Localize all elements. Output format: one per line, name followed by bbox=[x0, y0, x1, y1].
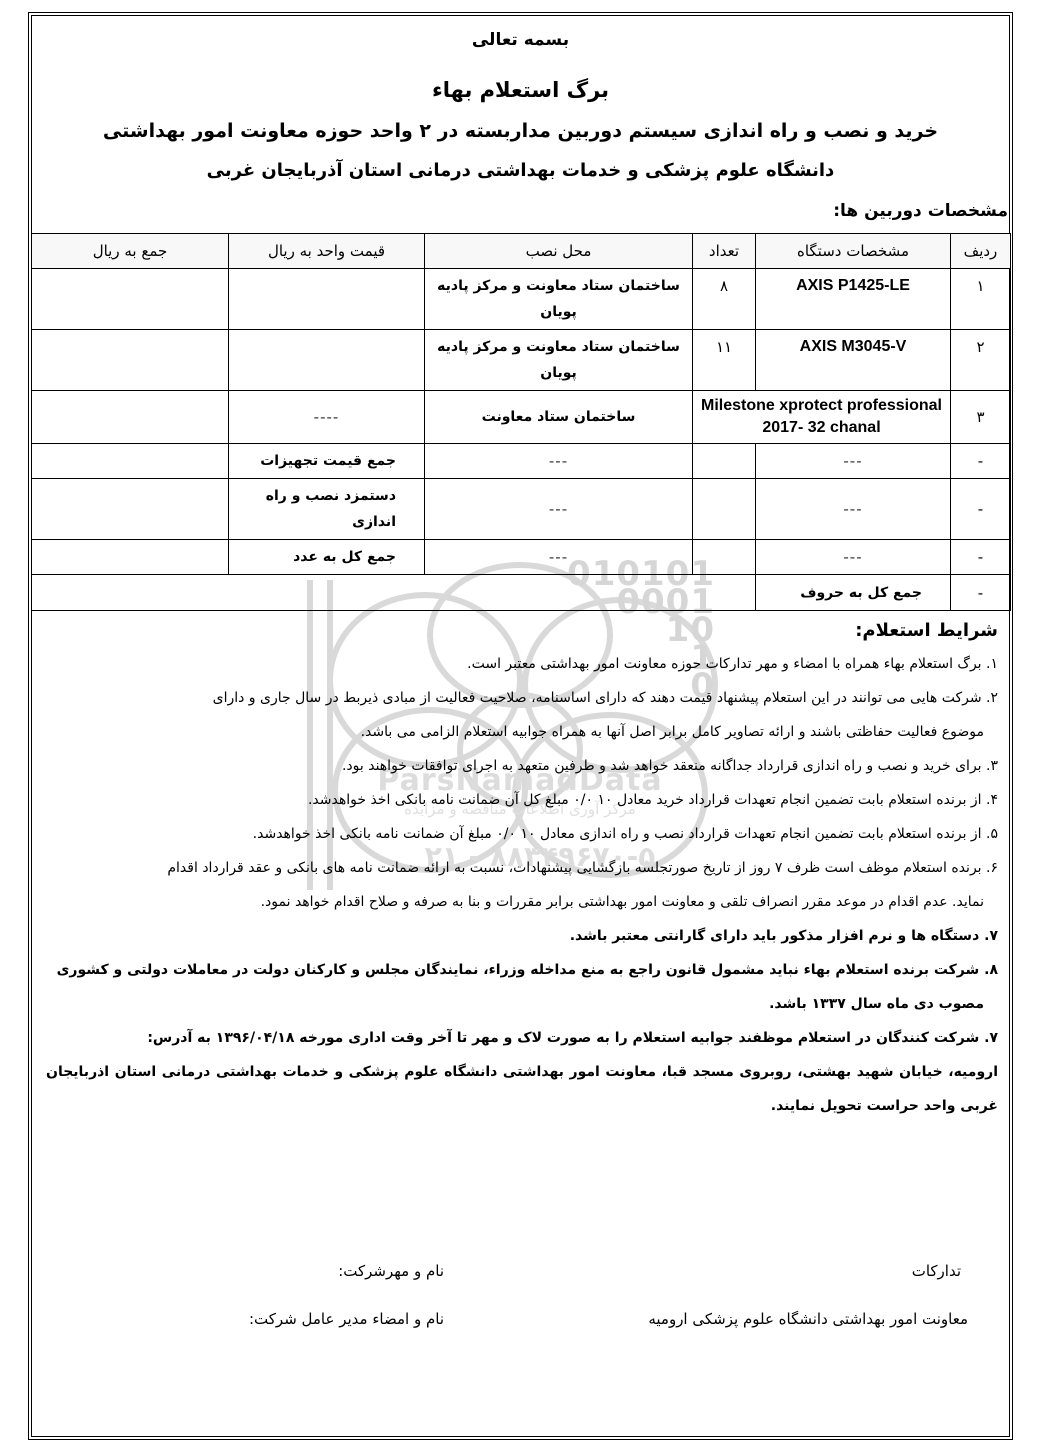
cell-location: --- bbox=[425, 479, 693, 540]
cell-spec: Milestone xprotect professional 2017- 32… bbox=[693, 391, 951, 444]
cell-total[interactable] bbox=[32, 391, 229, 444]
condition-item: ۸. شرکت برنده استعلام بهاء نباید مشمول ق… bbox=[46, 953, 998, 1021]
cell-row: - bbox=[951, 540, 1011, 575]
signature-deputy: معاونت امور بهداشتی دانشگاه علوم پزشکی ا… bbox=[648, 1310, 968, 1328]
cell-row: ۱ bbox=[951, 269, 1011, 330]
summary-label: جمع کل به عدد bbox=[229, 540, 425, 575]
signature-ceo: نام و امضاء مدیر عامل شرکت: bbox=[249, 1310, 444, 1328]
summary-row: - --- --- دستمزد نصب و راه اندازی bbox=[32, 479, 1011, 540]
conditions-title: شرایط استعلام: bbox=[46, 620, 998, 641]
col-header-total: جمع به ریال bbox=[32, 234, 229, 269]
cell-location: ساختمان ستاد معاونت bbox=[425, 391, 693, 444]
cell-qty bbox=[693, 444, 756, 479]
cell-total[interactable] bbox=[32, 269, 229, 330]
cell-spec: --- bbox=[756, 540, 951, 575]
total-in-words-row: - جمع کل به حروف bbox=[32, 575, 1011, 611]
cell-qty: ۱۱ bbox=[693, 330, 756, 391]
condition-item: ۳. برای خرید و نصب و راه اندازی قرارداد … bbox=[46, 749, 998, 783]
summary-value[interactable] bbox=[32, 540, 229, 575]
cell-row: - bbox=[951, 444, 1011, 479]
total-in-words-label: جمع کل به حروف bbox=[756, 575, 951, 611]
cell-location: --- bbox=[425, 444, 693, 479]
cell-spec: AXIS P1425-LE bbox=[756, 269, 951, 330]
cell-row: - bbox=[951, 575, 1011, 611]
cell-location: --- bbox=[425, 540, 693, 575]
cell-qty bbox=[693, 479, 756, 540]
specs-table: ردیف مشخصات دستگاه تعداد محل نصب قیمت وا… bbox=[31, 233, 1011, 611]
table-row: ۱ AXIS P1425-LE ۸ ساختمان ستاد معاونت و … bbox=[32, 269, 1011, 330]
total-in-words-value[interactable] bbox=[32, 575, 756, 611]
summary-value[interactable] bbox=[32, 479, 229, 540]
cell-qty: ۸ bbox=[693, 269, 756, 330]
cell-unit-price[interactable] bbox=[229, 269, 425, 330]
cell-total[interactable] bbox=[32, 330, 229, 391]
cell-location: ساختمان ستاد معاونت و مرکز پادیه پویان bbox=[425, 330, 693, 391]
cell-spec: AXIS M3045-V bbox=[756, 330, 951, 391]
cell-spec: --- bbox=[756, 479, 951, 540]
condition-item: ۵. از برنده استعلام بابت تضمین انجام تعه… bbox=[46, 817, 998, 851]
summary-label: دستمزد نصب و راه اندازی bbox=[229, 479, 425, 540]
cell-row: ۳ bbox=[951, 391, 1011, 444]
condition-item: ۶. برنده استعلام موظف است ظرف ۷ روز از ت… bbox=[46, 851, 998, 919]
col-header-location: محل نصب bbox=[425, 234, 693, 269]
conditions-section: شرایط استعلام: ۱. برگ استعلام بهاء همراه… bbox=[46, 620, 998, 1123]
cell-unit-price[interactable] bbox=[229, 330, 425, 391]
condition-item: ۴. از برنده استعلام بابت تضمین انجام تعه… bbox=[46, 783, 998, 817]
cell-unit-price[interactable]: ---- bbox=[229, 391, 425, 444]
condition-item: ۱. برگ استعلام بهاء همراه با امضاء و مهر… bbox=[46, 647, 998, 681]
signature-company-seal: نام و مهرشرکت: bbox=[338, 1262, 444, 1280]
condition-item: ۷. شرکت کنندگان در استعلام موظفند جوابیه… bbox=[46, 1021, 998, 1123]
col-header-spec: مشخصات دستگاه bbox=[756, 234, 951, 269]
col-header-unit-price: قیمت واحد به ریال bbox=[229, 234, 425, 269]
subject: خرید و نصب و راه اندازی سیستم دوربین مدا… bbox=[31, 120, 1010, 142]
invocation: بسمه تعالی bbox=[31, 30, 1010, 50]
summary-row: - --- --- جمع قیمت تجهیزات bbox=[32, 444, 1011, 479]
cell-qty bbox=[693, 540, 756, 575]
condition-item: ۲. شرکت هایی می توانند در این استعلام پی… bbox=[46, 681, 998, 749]
form-title: برگ استعلام بهاء bbox=[31, 78, 1010, 102]
summary-value[interactable] bbox=[32, 444, 229, 479]
cell-row: ۲ bbox=[951, 330, 1011, 391]
table-row: ۲ AXIS M3045-V ۱۱ ساختمان ستاد معاونت و … bbox=[32, 330, 1011, 391]
summary-row: - --- --- جمع کل به عدد bbox=[32, 540, 1011, 575]
summary-label: جمع قیمت تجهیزات bbox=[229, 444, 425, 479]
condition-item: ۷. دستگاه ها و نرم افزار مذکور باید دارا… bbox=[46, 919, 998, 953]
specs-label: مشخصات دوربین ها: bbox=[833, 201, 1008, 221]
organization: دانشگاه علوم پزشکی و خدمات بهداشتی درمان… bbox=[31, 160, 1010, 181]
cell-row: - bbox=[951, 479, 1011, 540]
col-header-qty: تعداد bbox=[693, 234, 756, 269]
signature-procurement: تدارکات bbox=[912, 1262, 961, 1280]
table-header-row: ردیف مشخصات دستگاه تعداد محل نصب قیمت وا… bbox=[32, 234, 1011, 269]
cell-spec: --- bbox=[756, 444, 951, 479]
col-header-row: ردیف bbox=[951, 234, 1011, 269]
table-row: ۳ Milestone xprotect professional 2017- … bbox=[32, 391, 1011, 444]
cell-location: ساختمان ستاد معاونت و مرکز پادیه پویان bbox=[425, 269, 693, 330]
